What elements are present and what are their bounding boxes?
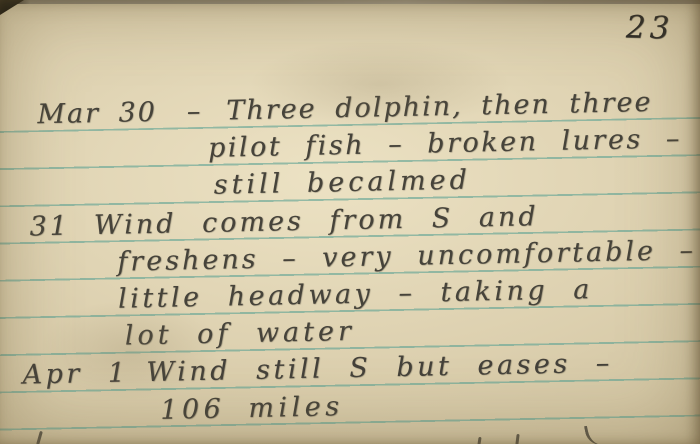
cutoff-line-stroke — [477, 437, 481, 444]
entry-text: 106 miles — [160, 391, 344, 426]
entry-date: Mar 30 — [37, 97, 157, 130]
sheet-content: Mar 30–Three dolphin, then three pilot f… — [0, 0, 700, 444]
journal-line: lot of water — [124, 316, 355, 353]
photo-top-edge — [0, 0, 700, 4]
journal-page: 23 Mar 30–Three dolphin, then three pilo… — [0, 0, 700, 444]
entry-date: 31 — [29, 211, 70, 243]
journal-line: 106 miles — [160, 391, 344, 427]
cutoff-line-stroke — [515, 434, 519, 444]
page-number: 23 — [626, 9, 674, 46]
entry-text: still becalmed — [213, 165, 471, 201]
journal-line: still becalmed — [213, 165, 471, 202]
entry-dash: – — [187, 96, 203, 127]
entry-date: Apr 1 — [22, 357, 129, 390]
entry-text: lot of water — [124, 316, 355, 352]
photo-corner-shadow — [0, 0, 24, 15]
